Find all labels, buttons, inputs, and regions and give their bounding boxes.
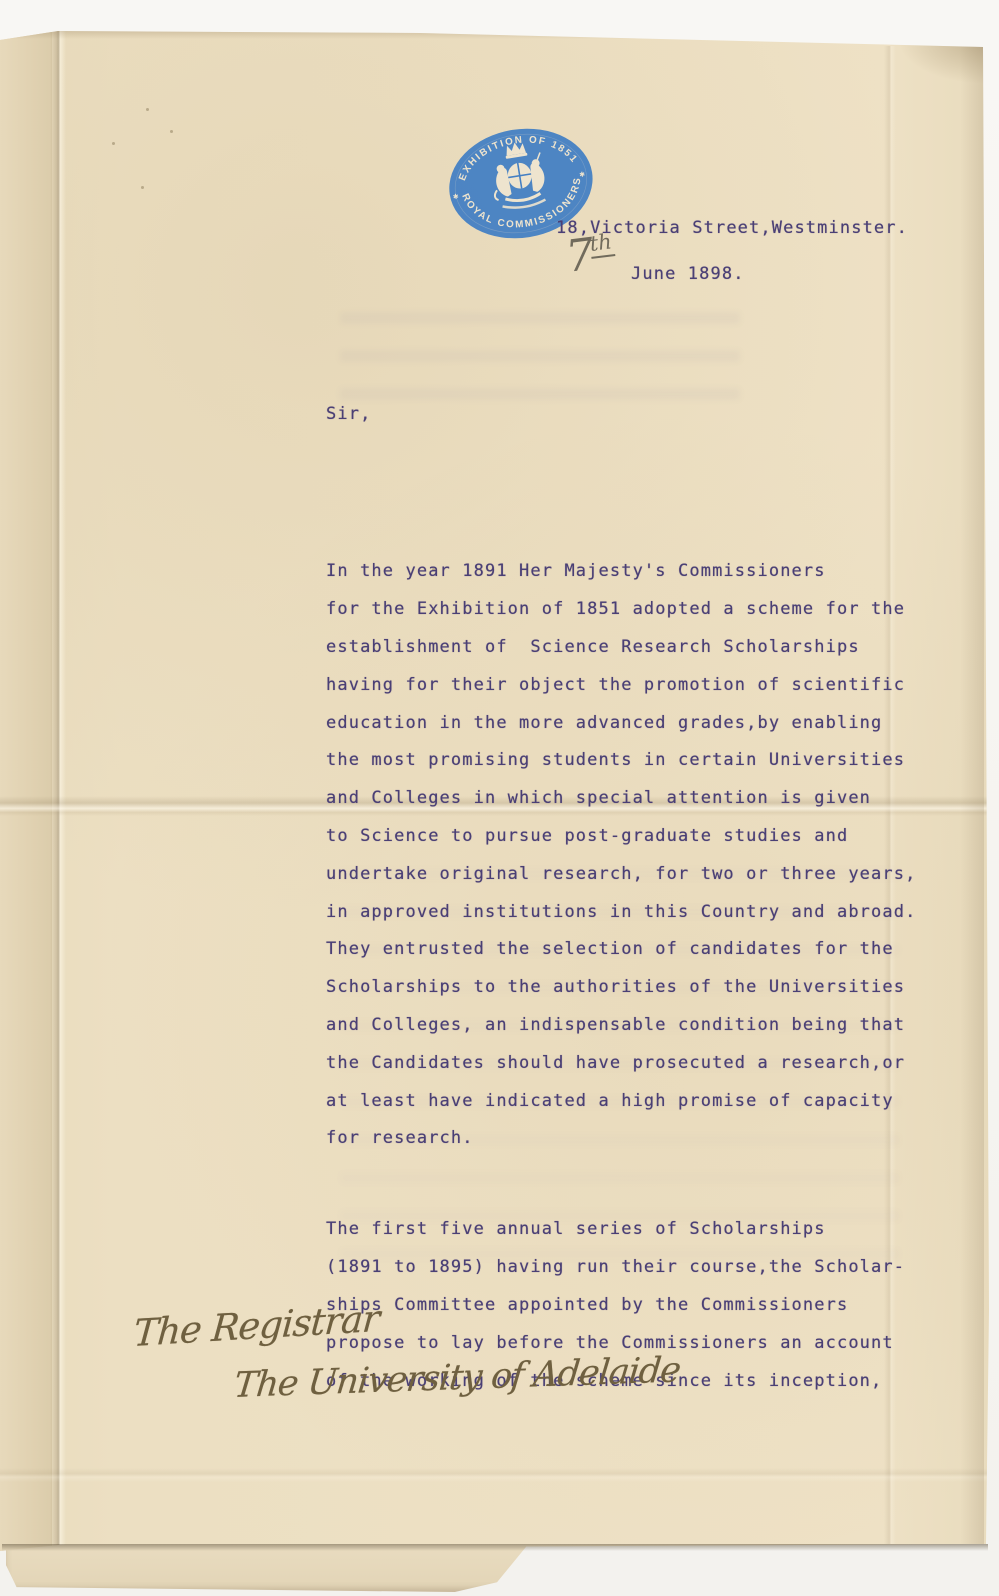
typed-line: the Candidates should have prosecuted a … [326,1045,946,1083]
paper-speck [146,108,149,111]
letter-paper: EXHIBITION OF 1851 ROYAL COMMISSIONERS ✱… [0,0,999,1596]
typed-line: undertake original research, for two or … [326,856,946,894]
typed-date: June 1898. [631,264,745,284]
handwritten-day: 7th [563,229,617,280]
paper-bottom-shadow [2,1544,988,1551]
letter-paragraph-1: In the year 1891 Her Majesty's Commissio… [326,440,946,1158]
paper-top-edge-shade [0,30,990,39]
typed-line: They entrusted the selection of candidat… [326,931,946,969]
paper-speck [112,142,115,145]
typed-line: and Colleges in which special attention … [326,780,946,818]
vertical-fold-crease [50,30,66,1552]
salutation: Sir, [326,404,371,424]
left-fold-strip [0,30,52,1552]
typed-line: and Colleges, an indispensable condition… [326,1007,946,1045]
typed-line: Scholarships to the authorities of the U… [326,969,946,1007]
paper-speck [141,186,144,189]
paper-right-edge-shade [960,45,984,1545]
typed-line: in approved institutions in this Country… [326,894,946,932]
typed-line: establishment of Science Research Schola… [326,629,946,667]
typed-line: the most promising students in certain U… [326,742,946,780]
paper-speck [170,130,173,133]
typed-line: In the year 1891 Her Majesty's Commissio… [326,553,946,591]
horizontal-fold-crease-faint [0,1468,990,1482]
typed-line: having for their object the promotion of… [326,667,946,705]
typed-line: The first five annual series of Scholars… [326,1211,946,1249]
typed-line: to Science to pursue post-graduate studi… [326,818,946,856]
handwritten-day-suffix: th [588,229,615,259]
typed-line: ships Committee appointed by the Commiss… [326,1287,946,1325]
typed-line: (1891 to 1895) having run their course,t… [326,1249,946,1287]
typed-line: education in the more advanced grades,by… [326,705,946,743]
typed-line: for the Exhibition of 1851 adopted a sch… [326,591,946,629]
ink-bleedthrough [340,312,740,412]
